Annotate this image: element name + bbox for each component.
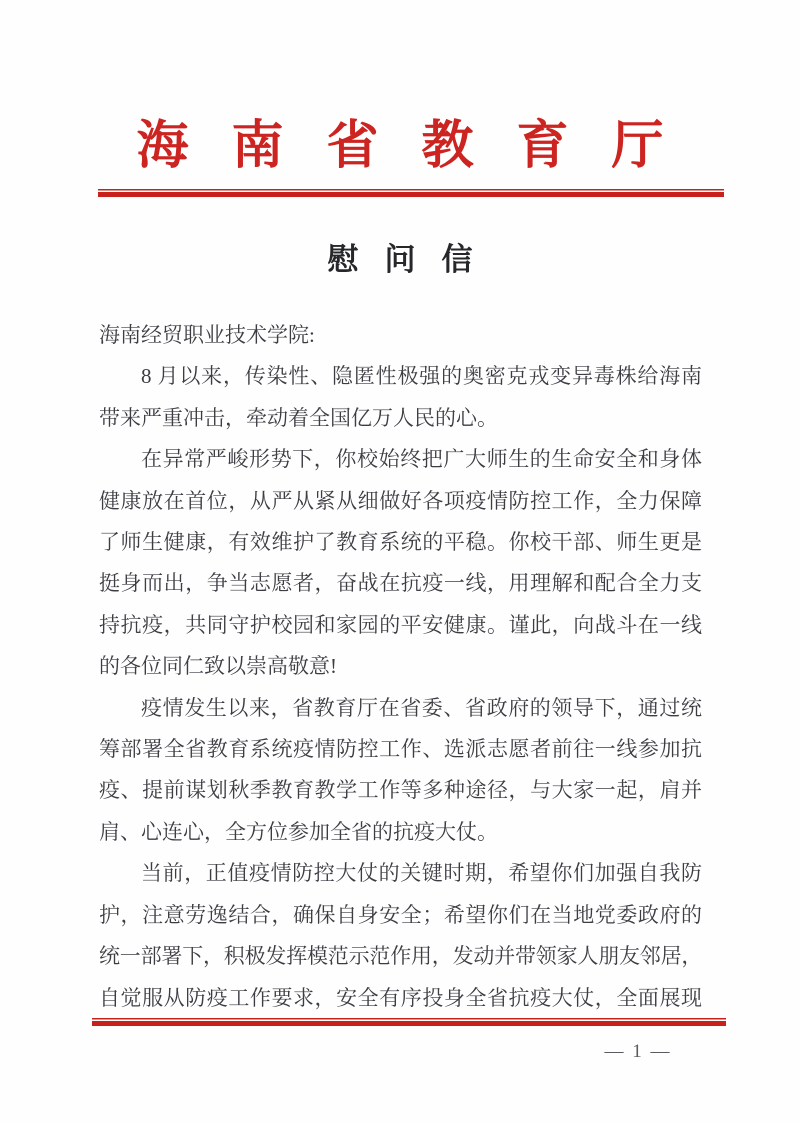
body-line: 持抗疫，共同守护校园和家园的平安健康。谨此，向战斗在一线	[99, 605, 702, 646]
footer-separator-rule	[92, 1018, 726, 1026]
body-line: 的各位同仁致以崇高敬意!	[99, 646, 702, 687]
body-lines: 8 月以来，传染性、隐匿性极强的奥密克戎变异毒株给海南带来严重冲击，牵动着全国亿…	[99, 356, 702, 1019]
document-page: 海南省教育厅 慰问信 海南经贸职业技术学院: 8 月以来，传染性、隐匿性极强的奥…	[0, 0, 800, 1123]
letter-title: 慰问信	[0, 234, 800, 279]
body-line: 当前，正值疫情防控大仗的关键时期，希望你们加强自我防	[99, 853, 702, 894]
body-line: 筹部署全省教育系统疫情防控工作、选派志愿者前往一线参加抗	[99, 729, 702, 770]
body-line: 带来严重冲击，牵动着全国亿万人民的心。	[99, 398, 702, 439]
header-separator-rule	[98, 189, 724, 197]
agency-header-title: 海南省教育厅	[0, 118, 800, 175]
body-line: 疫情发生以来，省教育厅在省委、省政府的领导下，通过统	[99, 688, 702, 729]
body-line: 护，注意劳逸结合，确保自身安全；希望你们在当地党委政府的	[99, 895, 702, 936]
body-line: 了师生健康，有效维护了教育系统的平稳。你校干部、师生更是	[99, 522, 702, 563]
body-line: 8 月以来，传染性、隐匿性极强的奥密克戎变异毒株给海南	[99, 356, 702, 397]
page-number: — 1 —	[598, 1041, 678, 1063]
body-line: 统一部署下，积极发挥模范示范作用，发动并带领家人朋友邻居，	[99, 936, 702, 977]
body-line: 挺身而出，争当志愿者，奋战在抗疫一线，用理解和配合全力支	[99, 563, 702, 604]
body-line: 在异常严峻形势下，你校始终把广大师生的生命安全和身体	[99, 439, 702, 480]
letter-body: 海南经贸职业技术学院: 8 月以来，传染性、隐匿性极强的奥密克戎变异毒株给海南带…	[99, 315, 702, 1019]
body-line: 疫、提前谋划秋季教育教学工作等多种途径，与大家一起，肩并	[99, 770, 702, 811]
body-line: 自觉服从防疫工作要求，安全有序投身全省抗疫大仗，全面展现	[99, 978, 702, 1019]
salutation-line: 海南经贸职业技术学院:	[99, 315, 702, 356]
body-line: 健康放在首位，从严从紧从细做好各项疫情防控工作，全力保障	[99, 481, 702, 522]
body-line: 肩、心连心，全方位参加全省的抗疫大仗。	[99, 812, 702, 853]
